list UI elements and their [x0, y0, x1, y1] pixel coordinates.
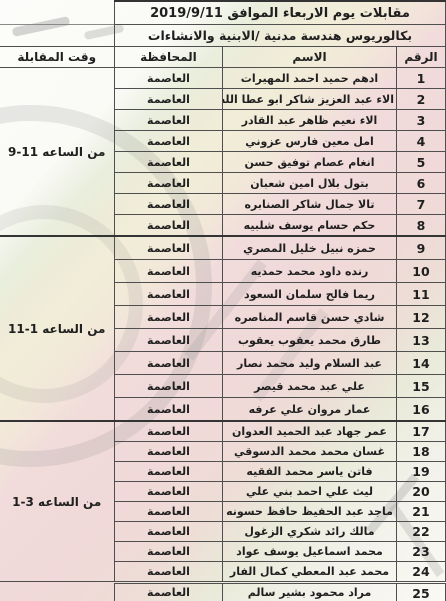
- name-cell: شادي حسن قاسم المناصره: [223, 306, 397, 329]
- empty-cell: [0, 584, 115, 601]
- governorate-cell: العاصمة: [114, 194, 222, 215]
- rank-cell: 13: [397, 329, 446, 352]
- table-row: 17 عمر جهاد عبد الحميد العدوان العاصمة م…: [0, 421, 446, 442]
- document-title: مقابلات يوم الاربعاء الموافق 2019/9/11: [114, 1, 445, 25]
- name-cell: رنده داود محمد حمديه: [223, 260, 397, 283]
- governorate-cell: العاصمة: [114, 68, 222, 89]
- rank-cell: 16: [397, 398, 446, 422]
- table-row: 25 مراد محمود بشير سالم العاصمة: [0, 584, 446, 601]
- rank-cell: 19: [397, 462, 446, 482]
- subtitle-row: بكالوريوس هندسة مدنية /الابنية والانشاءا…: [0, 25, 446, 47]
- rank-cell: 4: [397, 131, 446, 152]
- rank-cell: 22: [397, 522, 446, 542]
- scanned-schedule-page: مقابلات يوم الاربعاء الموافق 2019/9/11 ب…: [0, 0, 446, 601]
- name-cell: حمزه نبيل خليل المصري: [223, 236, 397, 260]
- document-subtitle: بكالوريوس هندسة مدنية /الابنية والانشاءا…: [114, 25, 445, 47]
- name-cell: غسان محمد محمد الدسوقي: [223, 442, 397, 462]
- rank-cell: 12: [397, 306, 446, 329]
- rank-cell: 11: [397, 283, 446, 306]
- governorate-cell: العاصمة: [114, 152, 222, 173]
- governorate-cell: العاصمة: [114, 131, 222, 152]
- rank-cell: 23: [397, 542, 446, 562]
- rank-cell: 2: [397, 89, 446, 110]
- time-slot-cell: من الساعه 3-1: [0, 421, 114, 582]
- rank-cell: 10: [397, 260, 446, 283]
- next-section-table: 25 مراد محمود بشير سالم العاصمة: [0, 583, 446, 601]
- governorate-cell: العاصمة: [114, 306, 222, 329]
- governorate-cell: العاصمة: [114, 482, 222, 502]
- name-cell: طارق محمد يعقوب يعقوب: [223, 329, 397, 352]
- rank-cell: 7: [397, 194, 446, 215]
- rank-cell: 5: [397, 152, 446, 173]
- governorate-cell: العاصمة: [115, 584, 223, 601]
- governorate-cell: العاصمة: [114, 236, 222, 260]
- governorate-cell: العاصمة: [114, 283, 222, 306]
- governorate-cell: العاصمة: [114, 352, 222, 375]
- header-time: وقت المقابلة: [0, 47, 114, 68]
- governorate-cell: العاصمة: [114, 562, 222, 582]
- header-rank: الرقم: [397, 47, 446, 68]
- header-row: الرقم الاسم المحافظة وقت المقابلة: [0, 47, 446, 68]
- governorate-cell: العاصمة: [114, 173, 222, 194]
- time-slot-cell: من الساعه 1-11: [0, 236, 114, 421]
- rank-cell: 1: [397, 68, 446, 89]
- name-cell: مالك رائد شكري الزغول: [223, 522, 397, 542]
- rank-cell: 14: [397, 352, 446, 375]
- empty-cell: [0, 1, 114, 25]
- table-row: 1 ادهم حميد احمد المهيرات العاصمة من الس…: [0, 68, 446, 89]
- name-cell: ليث علي احمد بني علي: [223, 482, 397, 502]
- governorate-cell: العاصمة: [114, 260, 222, 283]
- title-row: مقابلات يوم الاربعاء الموافق 2019/9/11: [0, 1, 446, 25]
- name-cell: حكم حسام يوسف شلبيه: [223, 215, 397, 237]
- name-cell: انغام عصام توفيق حسن: [223, 152, 397, 173]
- name-cell: تالا جمال شاكر الصنابره: [223, 194, 397, 215]
- governorate-cell: العاصمة: [114, 110, 222, 131]
- name-cell: فاتن ياسر محمد الفقيه: [223, 462, 397, 482]
- name-cell: بتول بلال امين شعبان: [223, 173, 397, 194]
- empty-cell: [0, 25, 114, 47]
- rank-cell: 15: [397, 375, 446, 398]
- governorate-cell: العاصمة: [114, 502, 222, 522]
- name-cell: ادهم حميد احمد المهيرات: [223, 68, 397, 89]
- rank-cell: 9: [397, 236, 446, 260]
- rank-cell: 18: [397, 442, 446, 462]
- rank-cell: 25: [397, 584, 446, 601]
- governorate-cell: العاصمة: [114, 442, 222, 462]
- name-cell: محمد اسماعيل يوسف عواد: [223, 542, 397, 562]
- interview-schedule-table: مقابلات يوم الاربعاء الموافق 2019/9/11 ب…: [0, 0, 446, 582]
- governorate-cell: العاصمة: [114, 542, 222, 562]
- header-name: الاسم: [223, 47, 397, 68]
- governorate-cell: العاصمة: [114, 421, 222, 442]
- rank-cell: 17: [397, 421, 446, 442]
- rank-cell: 24: [397, 562, 446, 582]
- name-cell: محمد عبد المعطي كمال الفار: [223, 562, 397, 582]
- name-cell: عمار مروان علي عرفه: [223, 398, 397, 422]
- header-governorate: المحافظة: [114, 47, 222, 68]
- governorate-cell: العاصمة: [114, 329, 222, 352]
- name-cell: الاء عبد العزيز شاكر ابو عطا الله: [223, 89, 397, 110]
- governorate-cell: العاصمة: [114, 398, 222, 422]
- time-slot-cell: من الساعه 11-9: [0, 68, 114, 237]
- name-cell: امل معين فارس عزوني: [223, 131, 397, 152]
- rank-cell: 20: [397, 482, 446, 502]
- governorate-cell: العاصمة: [114, 375, 222, 398]
- governorate-cell: العاصمة: [114, 89, 222, 110]
- rank-cell: 8: [397, 215, 446, 237]
- governorate-cell: العاصمة: [114, 522, 222, 542]
- name-cell: مراد محمود بشير سالم: [223, 584, 397, 601]
- name-cell: الاء نعيم ظاهر عبد القادر: [223, 110, 397, 131]
- rank-cell: 3: [397, 110, 446, 131]
- rank-cell: 21: [397, 502, 446, 522]
- name-cell: عمر جهاد عبد الحميد العدوان: [223, 421, 397, 442]
- name-cell: ماجد عبد الحفيظ حافظ حسونه: [223, 502, 397, 522]
- name-cell: علي عبد محمد قيصر: [223, 375, 397, 398]
- table-row: 9 حمزه نبيل خليل المصري العاصمة من الساع…: [0, 236, 446, 260]
- rank-cell: 6: [397, 173, 446, 194]
- governorate-cell: العاصمة: [114, 462, 222, 482]
- name-cell: عبد السلام وليد محمد نصار: [223, 352, 397, 375]
- name-cell: ريما فالح سلمان السعود: [223, 283, 397, 306]
- governorate-cell: العاصمة: [114, 215, 222, 237]
